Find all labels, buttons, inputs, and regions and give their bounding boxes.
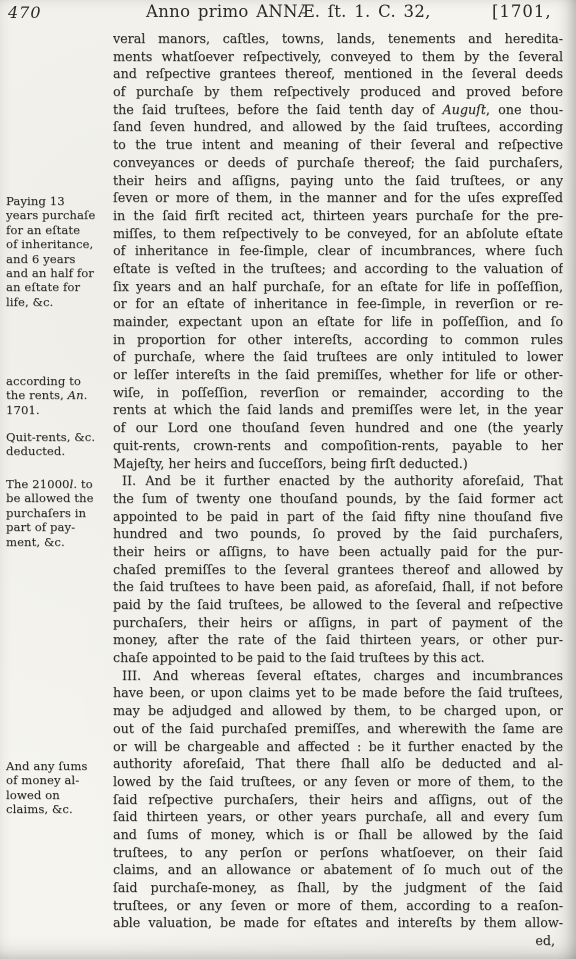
text-line: quit-rents, crown-rents and compoſition-… xyxy=(113,437,563,455)
margin-note-5: And any ſumsof money al-lowed onclaims, … xyxy=(6,759,110,817)
text-line: miſſes, to them reſpectively to be conve… xyxy=(113,225,563,243)
margin-notes-column: Paying 13years purchaſefor an eſtateof i… xyxy=(0,0,112,959)
statute-text-column: veral manors, caſtles, towns, lands, ten… xyxy=(113,30,563,950)
text-line: their heirs and aſſigns, paying unto the… xyxy=(113,172,563,190)
text-line: or for an eſtate of inheritance in fee-ſ… xyxy=(113,295,563,313)
text-line: or leſſer intereſts in the ſaid premiſſe… xyxy=(113,366,563,384)
margin-note-line: years purchaſe xyxy=(6,208,110,222)
text-line: ſix years and an half purchaſe, for an e… xyxy=(113,278,563,296)
margin-note-line: life, &c. xyxy=(6,295,110,309)
text-line: have been, or upon claims yet to be made… xyxy=(113,684,563,702)
margin-note-line: and an half for xyxy=(6,266,110,280)
catchword: ed, xyxy=(113,932,563,950)
text-line: of inheritance in fee-ſimple, clear of i… xyxy=(113,242,563,260)
text-line: mainder, expectant upon an eſtate for li… xyxy=(113,313,563,331)
text-line: veral manors, caſtles, towns, lands, ten… xyxy=(113,30,563,48)
text-line: authority aforeſaid, That there ſhall al… xyxy=(113,755,563,773)
text-line: and reſpective grantees thereof, mention… xyxy=(113,65,563,83)
header-year: [1701, xyxy=(492,2,552,21)
text-line: paid by the ſaid truſtees, be allowed to… xyxy=(113,596,563,614)
text-line: of our Lord one thouſand ſeven hundred a… xyxy=(113,419,563,437)
margin-note-2: according tothe rents, An.1701. xyxy=(6,374,110,417)
text-line: appointed to be paid in part of the ſaid… xyxy=(113,508,563,526)
margin-note-line: of inheritance, xyxy=(6,237,110,251)
text-line: lowed by the ſaid truſtees, or any ſeven… xyxy=(113,773,563,791)
margin-note-line: an eſtate for xyxy=(6,280,110,294)
text-line: conveyances or deeds of purchaſe thereof… xyxy=(113,154,563,172)
text-line: able valuation, be made for eſtates and … xyxy=(113,914,563,932)
margin-note-1: Paying 13years purchaſefor an eſtateof i… xyxy=(6,194,110,309)
text-line: claims, and an allowance or abatement of… xyxy=(113,861,563,879)
text-line: out of the ſaid purchaſed premiſſes, and… xyxy=(113,720,563,738)
text-line: and ſums of money, which is or ſhall be … xyxy=(113,826,563,844)
statute-book-page: 470 Anno primo ANNÆ. ſt. 1. C. 32, [1701… xyxy=(0,0,576,959)
text-line: ments whatſoever reſpectively, conveyed … xyxy=(113,48,563,66)
text-line: or will be chargeable and affected : be … xyxy=(113,738,563,756)
margin-note-line: Paying 13 xyxy=(6,194,110,208)
running-title: Anno primo ANNÆ. ſt. 1. C. 32, xyxy=(146,2,431,21)
text-line: of purchaſe, where the ſaid truſtees are… xyxy=(113,348,563,366)
text-line: hundred and two pounds, ſo proved by the… xyxy=(113,525,563,543)
margin-note-line: purchaſers in xyxy=(6,506,110,520)
text-line: wiſe, in poſſeſſion, reverſion or remain… xyxy=(113,384,563,402)
text-line: may be adjudged and allowed by them, to … xyxy=(113,702,563,720)
margin-note-line: of money al- xyxy=(6,773,110,787)
text-line: rents at which the ſaid lands and premiſ… xyxy=(113,401,563,419)
margin-note-line: ment, &c. xyxy=(6,535,110,549)
margin-note-line: part of pay- xyxy=(6,520,110,534)
margin-note-line: according to xyxy=(6,374,110,388)
text-line: ſaid reſpective purchaſers, their heirs … xyxy=(113,791,563,809)
text-line: the ſum of twenty one thouſand pounds, b… xyxy=(113,490,563,508)
text-line: Majeſty, her heirs and ſucceſſors, being… xyxy=(113,455,563,473)
text-line: III. And whereas ſeveral eſtates, charge… xyxy=(113,667,563,685)
text-line: their heirs or aſſigns, to have been act… xyxy=(113,543,563,561)
text-line: truſtees, or any ſeven or more of them, … xyxy=(113,897,563,915)
text-line: chaſe appointed to be paid to the ſaid t… xyxy=(113,649,563,667)
text-line: money, after the rate of the ſaid thirte… xyxy=(113,631,563,649)
margin-note-line: the rents, An. xyxy=(6,388,110,402)
text-line: ſeven or more of them, in the manner and… xyxy=(113,189,563,207)
text-line: ſaid thirteen years, or other years purc… xyxy=(113,808,563,826)
text-line: to the true intent and meaning of their … xyxy=(113,136,563,154)
text-line: eſtate is veſted in the truſtees; and ac… xyxy=(113,260,563,278)
margin-note-4: The 21000l. tobe allowed thepurchaſers i… xyxy=(6,477,110,549)
margin-note-line: for an eſtate xyxy=(6,223,110,237)
margin-note-line: deducted. xyxy=(6,444,110,458)
text-line: ſand ſeven hundred, and allowed by the ſ… xyxy=(113,118,563,136)
margin-note-3: Quit-rents, &c.deducted. xyxy=(6,430,110,459)
text-line: the ſaid truſtees to have been paid, as … xyxy=(113,578,563,596)
text-line: II. And be it further enacted by the aut… xyxy=(113,472,563,490)
text-line: of purchaſe by them reſpectively produce… xyxy=(113,83,563,101)
margin-note-line: lowed on xyxy=(6,788,110,802)
margin-note-line: The 21000l. to xyxy=(6,477,110,491)
text-line: chaſed premiſſes to the ſeveral grantees… xyxy=(113,561,563,579)
text-line: in proportion for other intereſts, accor… xyxy=(113,331,563,349)
text-line: in the ſaid firſt recited act, thirteen … xyxy=(113,207,563,225)
text-line: purchaſers, their heirs or aſſigns, in p… xyxy=(113,614,563,632)
margin-note-line: claims, &c. xyxy=(6,802,110,816)
margin-note-line: be allowed the xyxy=(6,491,110,505)
text-line: the ſaid truſtees, before the ſaid tenth… xyxy=(113,101,563,119)
text-line: truſtees, to any perſon or perſons whatſ… xyxy=(113,844,563,862)
margin-note-line: And any ſums xyxy=(6,759,110,773)
margin-note-line: Quit-rents, &c. xyxy=(6,430,110,444)
margin-note-line: and 6 years xyxy=(6,252,110,266)
text-line: ſaid purchaſe-money, as ſhall, by the ju… xyxy=(113,879,563,897)
margin-note-line: 1701. xyxy=(6,403,110,417)
